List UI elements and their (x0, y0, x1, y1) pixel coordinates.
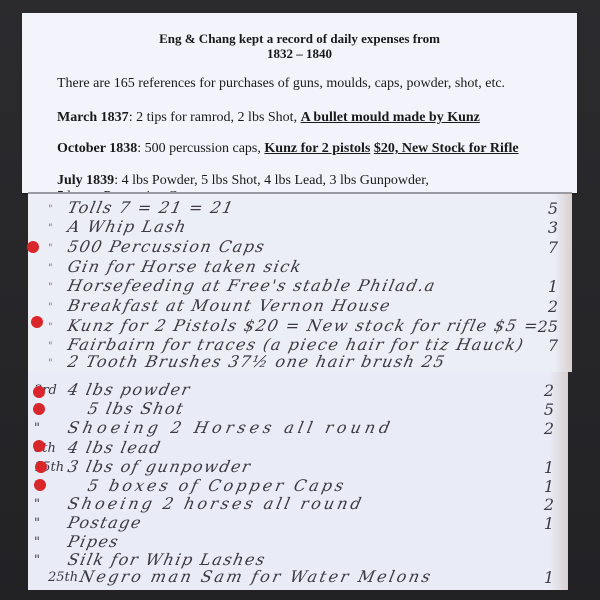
highlight-dot-marker (33, 403, 45, 415)
amount: 7 (518, 336, 558, 355)
entry-text: Breakfast at Mount Vernon House (66, 296, 393, 315)
ditto-mark: " (48, 263, 53, 274)
highlight-dot-marker (34, 479, 46, 491)
entry-highlight: A bullet mould made by Kunz (301, 110, 480, 125)
entry-text: 2 Tooth Brushes 37½ one hair brush 25 (66, 352, 448, 371)
entry-text: 3 lbs of gunpowder (66, 457, 253, 476)
caption-title: Eng & Chang kept a record of daily expen… (22, 31, 577, 61)
ditto-mark: " (48, 302, 53, 313)
ditto-mark: " (48, 341, 53, 352)
entry-text: 500 Percussion Caps (66, 237, 267, 256)
ledger-row: " A Whip Lash 3 (28, 219, 572, 239)
ditto-mark: " (48, 243, 53, 254)
highlight-dot-marker (35, 461, 47, 473)
entry-date: October 1838 (57, 141, 137, 156)
entry-date: March 1837 (57, 110, 129, 125)
amount: 2 (514, 495, 554, 514)
entry-highlight-2: $20, New Stock for Rifle (374, 141, 519, 156)
entry-date: " (34, 535, 40, 550)
entry-highlight: Kunz for 2 pistols (264, 141, 370, 156)
amount: 5 (514, 400, 554, 419)
amount: 25 (518, 317, 558, 336)
highlight-dot-marker (31, 316, 43, 328)
entry-text: : 500 percussion caps, (137, 141, 264, 156)
amount: 2 (514, 419, 554, 438)
title-line-2: 1832 – 1840 (22, 46, 577, 61)
entry-text: Gin for Horse taken sick (66, 257, 304, 276)
entry-july-1839: July 1839: 4 lbs Powder, 5 lbs Shot, 4 l… (57, 173, 429, 189)
ledger-row: " Shoeing 2 Horses all round 2 (28, 420, 568, 440)
entry-date: " (34, 421, 40, 436)
ledger-row: " Horsefeeding at Free's stable Philad.a… (28, 278, 572, 298)
amount: 1 (514, 477, 554, 496)
ditto-mark: " (48, 223, 53, 234)
entry-text: Shoeing 2 horses all round (66, 494, 366, 513)
entry-text: Horsefeeding at Free's stable Philad.a (66, 276, 438, 295)
caption-card: Eng & Chang kept a record of daily expen… (22, 13, 577, 193)
entry-text: 4 lbs lead (66, 438, 163, 457)
entry-text: Tolls 7 = 21 = 21 (66, 198, 236, 217)
entry-text: Shoeing 2 Horses all round (66, 418, 396, 437)
ditto-mark: " (48, 322, 53, 333)
amount: 2 (518, 297, 558, 316)
amount: 7 (518, 238, 558, 257)
entry-march-1837: March 1837: 2 tips for ramrod, 2 lbs Sho… (57, 110, 480, 126)
amount: 5 (518, 199, 558, 218)
entry-text: : 2 tips for ramrod, 2 lbs Shot, (129, 110, 301, 125)
amount: 1 (514, 568, 554, 587)
entry-text: 5 boxes of Copper Caps (86, 476, 348, 495)
entry-text: Postage (66, 513, 144, 532)
entry-october-1838: October 1838: 500 percussion caps, Kunz … (57, 141, 519, 157)
highlight-dot-marker (33, 440, 45, 452)
entry-text: 4 lbs powder (66, 380, 193, 399)
intro-text: There are 165 references for purchases o… (57, 76, 505, 92)
ditto-mark: " (48, 358, 53, 369)
ditto-mark: " (48, 282, 53, 293)
amount: 1 (518, 277, 558, 296)
amount: 3 (518, 218, 558, 237)
ledger-row: 25th Negro man Sam for Water Melons 1 (28, 569, 568, 589)
entry-text: Pipes (66, 532, 121, 551)
entry-date: " (34, 497, 40, 512)
ledger-row: " Breakfast at Mount Vernon House 2 (28, 298, 572, 318)
ledger-page-top: " Tolls 7 = 21 = 21 5 " A Whip Lash 3 " … (28, 192, 572, 372)
highlight-dot-marker (33, 386, 45, 398)
entry-text: Kunz for 2 Pistols $20 = New stock for r… (66, 316, 541, 335)
amount: 2 (514, 381, 554, 400)
ledger-row: " 500 Percussion Caps 7 (28, 239, 572, 259)
ditto-mark: " (48, 204, 53, 215)
amount: 1 (514, 514, 554, 533)
highlight-dot-marker (27, 241, 39, 253)
entry-text: A Whip Lash (66, 217, 189, 236)
entry-text: 5 lbs Shot (86, 399, 186, 418)
entry-text: Negro man Sam for Water Melons (78, 567, 435, 586)
ledger-page-bottom: 3rd 4 lbs powder 2 " 5 lbs Shot 5 " Shoe… (28, 372, 568, 590)
entry-date: " (34, 516, 40, 531)
amount: 1 (514, 458, 554, 477)
entry-date: " (34, 553, 40, 568)
entry-text: : 4 lbs Powder, 5 lbs Shot, 4 lbs Lead, … (114, 173, 429, 188)
entry-date: July 1839 (57, 173, 114, 188)
title-line-1: Eng & Chang kept a record of daily expen… (22, 31, 577, 46)
entry-date: 25th (48, 570, 78, 585)
ledger-row: " 2 Tooth Brushes 37½ one hair brush 25 (28, 354, 572, 372)
